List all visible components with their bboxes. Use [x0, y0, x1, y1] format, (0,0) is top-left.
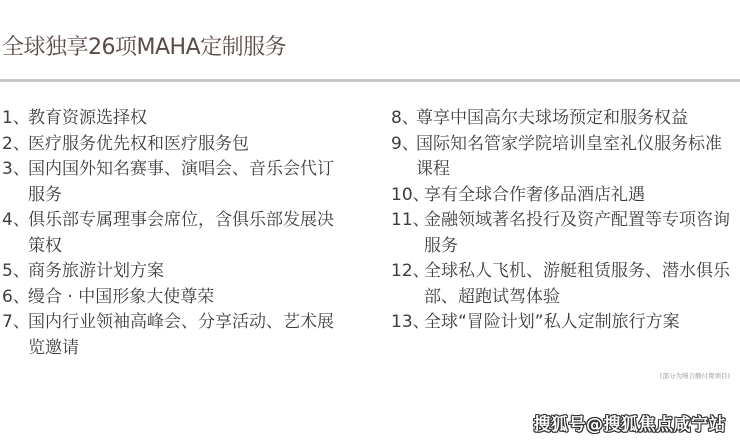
title-divider: [0, 79, 740, 82]
service-text: 国际知名管家学院培训皇室礼仪服务标准课程: [416, 132, 734, 183]
service-text: 医疗服务优先权和医疗服务包: [28, 132, 343, 158]
page-title: 全球独享26项MAHA定制服务: [2, 33, 286, 63]
service-number: 9、: [391, 132, 416, 158]
service-item: 3、 国内国外知名赛事、演唱会、音乐会代订服务: [2, 157, 362, 208]
service-item: 5、 商务旅游计划方案: [2, 259, 362, 285]
service-text: 全球私人飞机、游艇租赁服务、潜水俱乐部、超跑试驾体验: [424, 259, 740, 310]
service-number: 6、: [2, 285, 28, 311]
service-number: 8、: [391, 106, 416, 132]
service-item: 6、 缦合 · 中国形象大使尊荣: [2, 285, 362, 311]
source-watermark: 搜狐号@搜狐焦点咸宁站: [534, 410, 727, 435]
service-item: 9、 国际知名管家学院培训皇室礼仪服务标准课程: [391, 132, 740, 183]
services-list-left: 1、 教育资源选择权 2、 医疗服务优先权和医疗服务包 3、 国内国外知名赛事、…: [2, 106, 362, 361]
service-item: 2、 医疗服务优先权和医疗服务包: [2, 132, 362, 158]
service-text: 商务旅游计划方案: [28, 259, 343, 285]
service-number: 10、: [391, 183, 424, 209]
service-text: 缦合 · 中国形象大使尊荣: [28, 285, 343, 311]
service-text: 俱乐部专属理事会席位，含俱乐部发展决策权: [28, 208, 343, 259]
service-number: 5、: [2, 259, 28, 285]
service-text: 全球“冒险计划”私人定制旅行方案: [424, 310, 740, 336]
services-list-right: 8、 尊享中国高尔夫球场预定和服务权益 9、 国际知名管家学院培训皇室礼仪服务标…: [391, 106, 740, 336]
service-number: 13、: [391, 310, 424, 336]
service-number: 12、: [391, 259, 424, 285]
footnote: (部分为缦合额付费项目): [660, 371, 730, 380]
service-number: 7、: [2, 310, 28, 336]
service-text: 国内国外知名赛事、演唱会、音乐会代订服务: [28, 157, 343, 208]
service-text: 金融领域著名投行及资产配置等专项咨询服务: [424, 208, 740, 259]
service-item: 11、 金融领域著名投行及资产配置等专项咨询服务: [391, 208, 740, 259]
service-text: 享有全球合作奢侈品酒店礼遇: [424, 183, 740, 209]
service-item: 12、 全球私人飞机、游艇租赁服务、潜水俱乐部、超跑试驾体验: [391, 259, 740, 310]
service-number: 2、: [2, 132, 28, 158]
service-number: 11、: [391, 208, 424, 234]
service-item: 8、 尊享中国高尔夫球场预定和服务权益: [391, 106, 740, 132]
service-number: 1、: [2, 106, 28, 132]
service-number: 4、: [2, 208, 28, 234]
service-text: 国内行业领袖高峰会、分享活动、艺术展览邀请: [28, 310, 343, 361]
service-text: 教育资源选择权: [28, 106, 343, 132]
service-text: 尊享中国高尔夫球场预定和服务权益: [416, 106, 734, 132]
service-item: 7、 国内行业领袖高峰会、分享活动、艺术展览邀请: [2, 310, 362, 361]
service-item: 1、 教育资源选择权: [2, 106, 362, 132]
service-item: 13、 全球“冒险计划”私人定制旅行方案: [391, 310, 740, 336]
service-number: 3、: [2, 157, 28, 183]
service-item: 4、 俱乐部专属理事会席位，含俱乐部发展决策权: [2, 208, 362, 259]
service-item: 10、 享有全球合作奢侈品酒店礼遇: [391, 183, 740, 209]
